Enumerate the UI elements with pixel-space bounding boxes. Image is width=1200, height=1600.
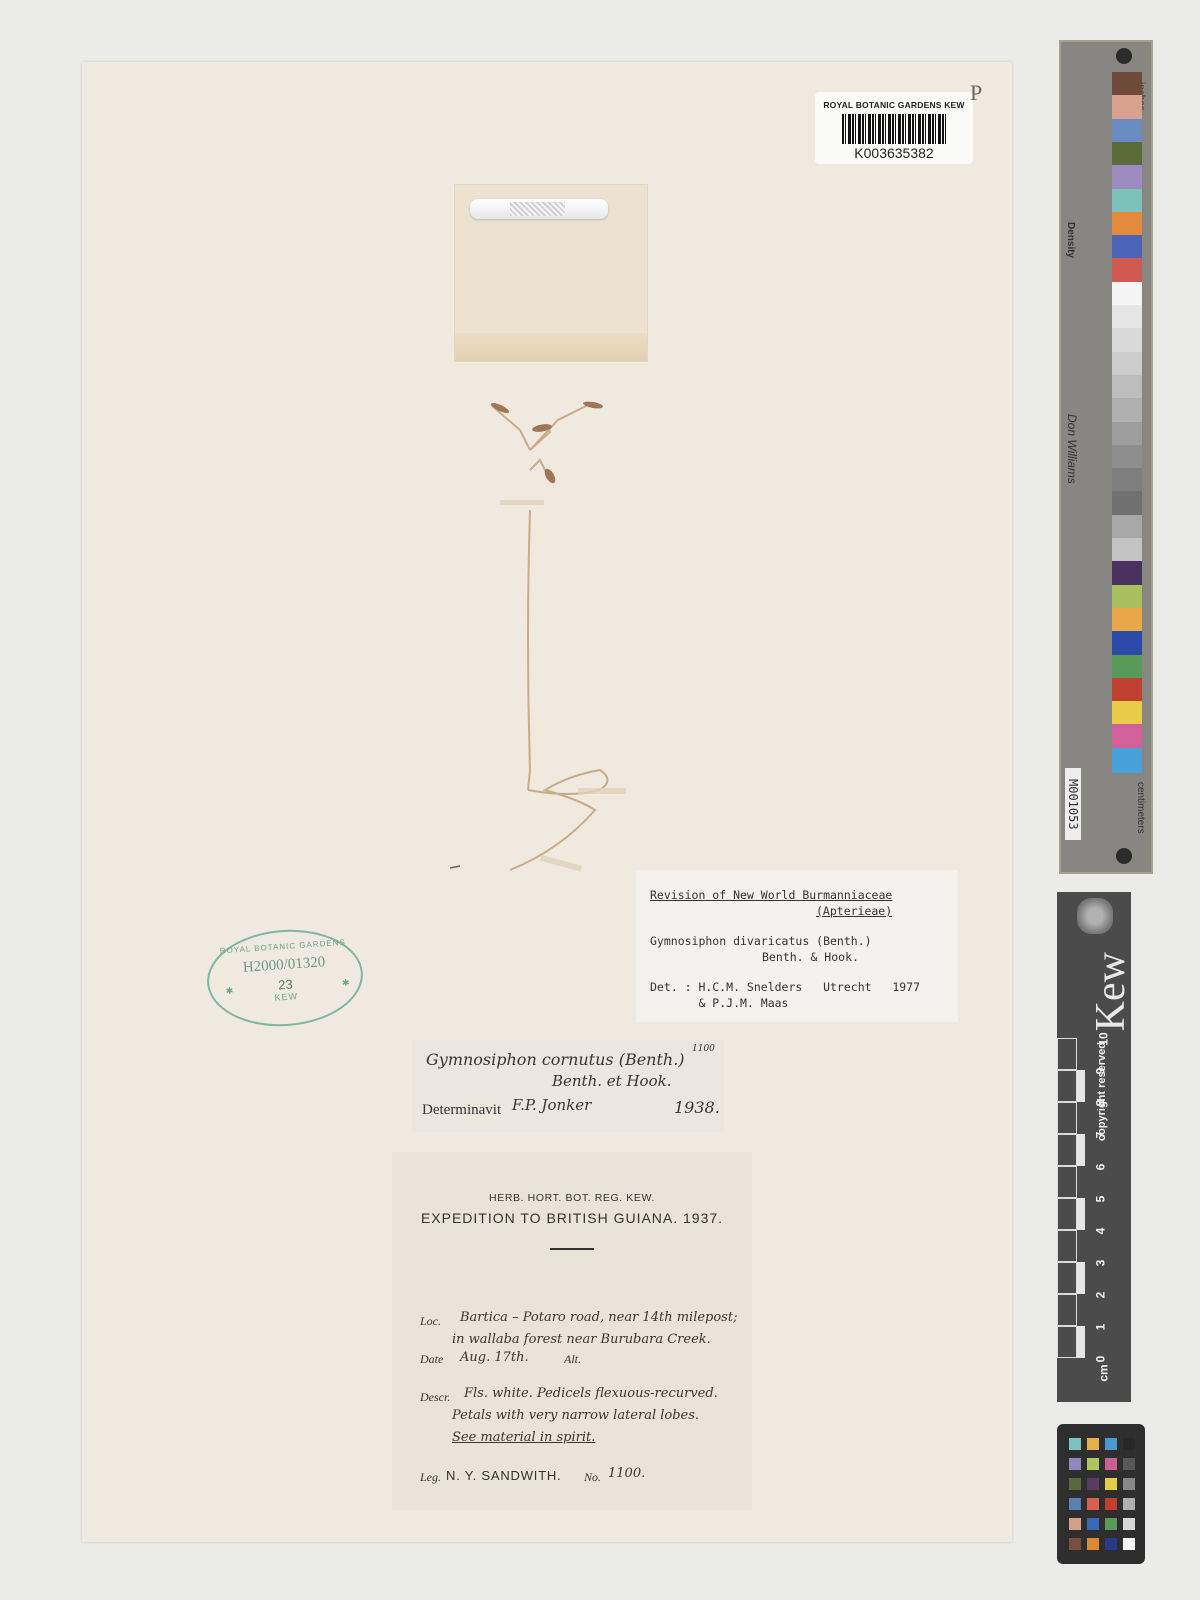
- color-patch: [1112, 119, 1142, 144]
- ruler-bottom-label: centimeters: [1135, 782, 1146, 834]
- color-patch: [1112, 352, 1142, 377]
- color-patch: [1112, 72, 1142, 97]
- scale-tick-label: 3: [1093, 1260, 1107, 1267]
- scale-segment-alt: [1077, 1070, 1085, 1102]
- color-swatch: [1069, 1438, 1081, 1450]
- color-patch: [1112, 375, 1142, 400]
- copyright-text: copyright reserved: [1096, 1042, 1108, 1141]
- color-swatch: [1123, 1498, 1135, 1510]
- ruler-id: M001053: [1065, 768, 1081, 840]
- scale-segment: [1057, 1262, 1077, 1294]
- color-patch: [1112, 258, 1142, 283]
- color-patch: [1112, 515, 1142, 540]
- determination-label: 1100 Gymnosiphon cornutus (Benth.) Benth…: [412, 1040, 724, 1132]
- scale-tick-label: 4: [1093, 1228, 1107, 1235]
- color-swatch: [1087, 1478, 1099, 1490]
- color-patch: [1112, 561, 1142, 586]
- color-swatch: [1087, 1538, 1099, 1550]
- revision-taxon: Gymnosiphon divaricatus (Benth.): [650, 934, 872, 948]
- color-swatch: [1105, 1498, 1117, 1510]
- color-patch: [1112, 235, 1142, 260]
- color-patch: [1112, 142, 1142, 167]
- descr-label: Descr.: [420, 1390, 450, 1405]
- unit-label: cm: [1097, 1364, 1111, 1381]
- det-taxon: Gymnosiphon cornutus (Benth.): [426, 1050, 685, 1069]
- color-swatch: [1069, 1478, 1081, 1490]
- scale-tick-label: 8: [1093, 1100, 1107, 1107]
- herbarium-header: HERB. HORT. BOT. REG. KEW.: [392, 1192, 752, 1204]
- scale-segment-alt: [1077, 1326, 1085, 1358]
- date-value: Aug. 17th.: [460, 1350, 529, 1365]
- color-patch: [1112, 724, 1142, 749]
- color-patch: [1112, 655, 1142, 680]
- revision-authors: Benth. & Hook.: [762, 950, 859, 964]
- alt-label: Alt.: [564, 1352, 581, 1367]
- color-swatch: [1123, 1458, 1135, 1470]
- color-patch: [1112, 189, 1142, 214]
- scale-segment: [1057, 1038, 1077, 1070]
- revision-det: Det. : H.C.M. Snelders Utrecht 1977: [650, 980, 920, 994]
- color-patch: [1112, 398, 1142, 423]
- det-number: 1100: [692, 1044, 715, 1054]
- divider: [550, 1248, 594, 1250]
- color-swatch: [1105, 1478, 1117, 1490]
- color-patch: [1112, 678, 1142, 703]
- color-checker-chart: [1057, 1424, 1145, 1564]
- color-swatch: [1087, 1518, 1099, 1530]
- collector-number: 1100.: [608, 1466, 645, 1481]
- color-swatch: [1123, 1518, 1135, 1530]
- hole-icon: [1116, 848, 1132, 864]
- scale-tick-label: 7: [1093, 1132, 1107, 1139]
- revision-tribe: (Apterieae): [816, 904, 892, 918]
- color-swatch: [1123, 1438, 1135, 1450]
- color-swatch: [1087, 1458, 1099, 1470]
- det-signature: F.P. Jonker: [512, 1096, 591, 1114]
- scale-segment: [1057, 1166, 1077, 1198]
- color-patch: [1112, 608, 1142, 633]
- star-icon: ✱: [225, 986, 233, 997]
- barcode-label: ROYAL BOTANIC GARDENS KEW K003635382: [815, 92, 973, 164]
- color-patch: [1112, 445, 1142, 470]
- institution-name: ROYAL BOTANIC GARDENS KEW: [815, 100, 973, 110]
- scale-tick-label: 0: [1093, 1356, 1107, 1363]
- density-label: Density: [1065, 222, 1076, 258]
- fragment-packet: [454, 184, 648, 362]
- color-patch: [1112, 701, 1142, 726]
- leg-label: Leg.: [420, 1470, 441, 1485]
- color-swatch: [1123, 1538, 1135, 1550]
- collector-name: N. Y. SANDWITH.: [446, 1468, 562, 1483]
- color-swatch: [1087, 1438, 1099, 1450]
- expedition-title: EXPEDITION TO BRITISH GUIANA. 1937.: [392, 1210, 752, 1226]
- color-patch: [1112, 491, 1142, 516]
- color-swatch: [1087, 1498, 1099, 1510]
- descr-line-1: Fls. white. Pedicels flexuous-recurved.: [464, 1386, 718, 1401]
- crest-icon: [1077, 898, 1113, 934]
- ruler-brand: Don Williams: [1065, 414, 1079, 484]
- revision-label: Revision of New World Burmanniaceae (Apt…: [636, 870, 958, 1022]
- det-label-text: Determinavit: [422, 1102, 501, 1119]
- no-label: No.: [584, 1470, 601, 1485]
- scale-segment: [1057, 1326, 1077, 1358]
- color-swatch: [1069, 1498, 1081, 1510]
- det-authors: Benth. et Hook.: [552, 1072, 671, 1090]
- color-patch: [1112, 328, 1142, 353]
- loc-line-2: in wallaba forest near Burubara Creek.: [452, 1332, 711, 1347]
- color-swatch: [1105, 1538, 1117, 1550]
- color-swatch: [1069, 1458, 1081, 1470]
- color-swatch: [1105, 1438, 1117, 1450]
- loc-line-1: Bartica – Potaro road, near 14th milepos…: [460, 1310, 737, 1325]
- color-patch: [1112, 305, 1142, 330]
- descr-line-3: See material in spirit.: [452, 1430, 595, 1445]
- packet-fold: [455, 333, 647, 361]
- descr-line-2: Petals with very narrow lateral lobes.: [452, 1408, 699, 1423]
- scale-segment: [1057, 1198, 1077, 1230]
- det-year: 1938.: [674, 1098, 720, 1117]
- color-swatch: [1069, 1518, 1081, 1530]
- collection-label: HERB. HORT. BOT. REG. KEW. EXPEDITION TO…: [392, 1152, 752, 1510]
- color-patch: [1112, 422, 1142, 447]
- loc-label: Loc.: [420, 1314, 441, 1329]
- scale-segment-alt: [1077, 1134, 1085, 1166]
- kew-logo: Kew: [1087, 952, 1135, 1031]
- barcode-number: K003635382: [815, 145, 973, 161]
- vial-icon: [470, 199, 608, 219]
- kew-scale-bar: Kew copyright reserved 012345678910 cm: [1057, 892, 1131, 1402]
- color-patch: [1112, 165, 1142, 190]
- color-swatch: [1069, 1538, 1081, 1550]
- scale-segment: [1057, 1070, 1077, 1102]
- color-density-ruler: inches centimeters Density Don Williams …: [1059, 40, 1153, 874]
- color-patch: [1112, 212, 1142, 237]
- scale-segment: [1057, 1102, 1077, 1134]
- color-patch: [1112, 282, 1142, 307]
- scale-segment: [1057, 1230, 1077, 1262]
- scale-tick-label: 5: [1093, 1196, 1107, 1203]
- color-patch: [1112, 631, 1142, 656]
- color-swatch: [1123, 1478, 1135, 1490]
- color-swatch: [1105, 1518, 1117, 1530]
- scale-segment: [1057, 1134, 1077, 1166]
- color-patch: [1112, 468, 1142, 493]
- scale-tick-label: 6: [1093, 1164, 1107, 1171]
- plant-specimen-icon: [450, 390, 670, 900]
- date-label: Date: [420, 1352, 443, 1367]
- scale-segment-alt: [1077, 1198, 1085, 1230]
- barcode-icon: [842, 114, 946, 144]
- scale-segment: [1057, 1294, 1077, 1326]
- color-patch: [1112, 538, 1142, 563]
- color-swatch: [1105, 1458, 1117, 1470]
- scale-segment-alt: [1077, 1262, 1085, 1294]
- scale-tick-label: 1: [1093, 1324, 1107, 1331]
- corner-mark: P: [970, 80, 982, 106]
- scale-tick-label: 9: [1093, 1068, 1107, 1075]
- revision-title: Revision of New World Burmanniaceae: [650, 888, 892, 902]
- scale-tick-label: 10: [1097, 1032, 1111, 1045]
- revision-det-2: & P.J.M. Maas: [650, 996, 788, 1010]
- color-patch: [1112, 95, 1142, 120]
- star-icon: ✱: [342, 978, 350, 989]
- color-patch: [1112, 585, 1142, 610]
- hole-icon: [1116, 48, 1132, 64]
- scale-tick-label: 2: [1093, 1292, 1107, 1299]
- color-patch: [1112, 748, 1142, 773]
